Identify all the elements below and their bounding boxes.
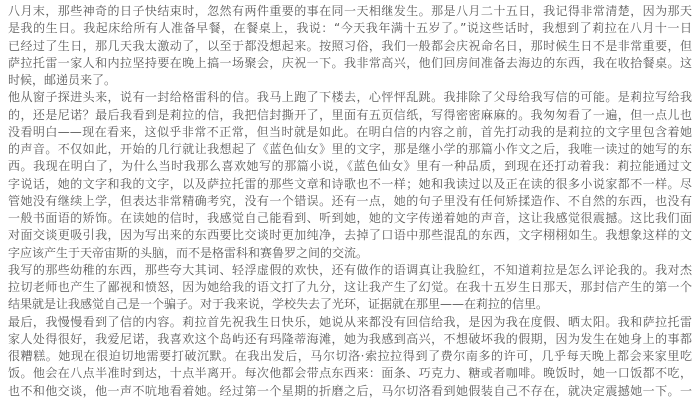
text-line: 时候，邮递员来了。 xyxy=(8,72,692,89)
text-line: 萨拉托雷一家人和内拉坚持要在晚上搞一场聚会，庆祝一下。我非常高兴，他们回房间准备… xyxy=(8,55,692,72)
text-line: 的声音。不仅如此，开始的几行就让我想起了《蓝色仙女》里的文字，那是继小学的那篇小… xyxy=(8,141,692,158)
text-line: 饭。他会在八点半准时到达，十点半离开。每次他都会带点东西来：面条、巧克力、糖或者… xyxy=(8,365,692,382)
text-line: 拉切老师也产生了鄙视和愤怒，因为她给我的语文打了九分，这让我产生了幻觉。在我十五… xyxy=(8,279,692,296)
document-page: 八月末，那些神奇的日子快结束时，忽然有两件重要的事在同一天相继发生。那是八月二十… xyxy=(0,0,700,400)
text-line: 很糟糕。她现在很迫切地需要打破沉默。在我出发后，马尔切洛·索拉拉得到了费尔南多的… xyxy=(8,348,692,365)
text-line: 字应该产生于天帝宙斯的头脑，而不是格雷科和赛鲁罗之间的交流。 xyxy=(8,245,692,262)
text-line: 已经过了生日，那几天我太激动了，以至于都没想起来。按照习俗，我们一般都会庆祝命名… xyxy=(8,38,692,55)
paragraph: 他从窗子探进头来，说有一封给格雷科的信。我马上跑了下楼去，心怦怦乱跳。我排除了父… xyxy=(8,89,692,262)
text-line: 我写的那些幼稚的东西，那些夸大其词、轻浮虚假的欢快，还有做作的语调真让我脸红，不… xyxy=(8,262,692,279)
text-line: 西。我现在明白了，为什么当时我那么喜欢她写的那篇小说，《蓝色仙女》里有一种品质，… xyxy=(8,158,692,175)
paragraph: 我写的那些幼稚的东西，那些夸大其词、轻浮虚假的欢快，还有做作的语调真让我脸红，不… xyxy=(8,262,692,314)
text-line: 最后，我慢慢看到了信的内容。莉拉首先祝我生日快乐，她说从来都没有回信给我，是因为… xyxy=(8,314,692,331)
text-line: 八月末，那些神奇的日子快结束时，忽然有两件重要的事在同一天相继发生。那是八月二十… xyxy=(8,3,692,20)
text-line: 是我的生日。我起床给所有人准备早餐，在餐桌上，我说：“今天我年满十五岁了。”说这… xyxy=(8,20,692,37)
text-line: 没看明白——现在看来，这似乎非常不正常，但当时就是如此。在明白信的内容之前，首先… xyxy=(8,124,692,141)
text-line: 管她没有继续上学，但表达非常精确考究，没有一个错误。还有一点，她的句子里没有任何… xyxy=(8,193,692,210)
text-line: 的，还是尼诺？最后我看到是莉拉的信，我把信封撕开了，里面有五页信纸，写得密密麻麻… xyxy=(8,107,692,124)
text-line: 结果就是让我感觉自己是一个骗子。对于我来说，学校失去了光环，证据就在那里——在莉… xyxy=(8,296,692,313)
text-line: 他从窗子探进头来，说有一封给格雷科的信。我马上跑了下楼去，心怦怦乱跳。我排除了父… xyxy=(8,89,692,106)
text-line: 对面交谈更吸引我，因为写出来的东西要比交谈时更加纯净，去掉了口语中那些混乱的东西… xyxy=(8,227,692,244)
document-text: 八月末，那些神奇的日子快结束时，忽然有两件重要的事在同一天相继发生。那是八月二十… xyxy=(8,3,692,400)
paragraph: 最后，我慢慢看到了信的内容。莉拉首先祝我生日快乐，她说从来都没有回信给我，是因为… xyxy=(8,314,692,400)
paragraph: 八月末，那些神奇的日子快结束时，忽然有两件重要的事在同一天相继发生。那是八月二十… xyxy=(8,3,692,89)
text-line: 家人处得很好，我爱尼诺，我喜欢这个岛屿还有玛隆蒂海滩，她为我感到高兴，不想破坏我… xyxy=(8,331,692,348)
text-line: 一般书面语的矫饰。在读她的信时，我感觉自己能看到、听到她，她的文字传递着她的声音… xyxy=(8,210,692,227)
text-line: 也不和他交谈，他一声不吭地看着她。经过第一个星期的折磨之后，马尔切洛看到她假装自… xyxy=(8,383,692,400)
text-line: 字说话，她的文字和我的文字，以及萨拉托雷的那些文章和诗歌也不一样；她和我读过以及… xyxy=(8,176,692,193)
